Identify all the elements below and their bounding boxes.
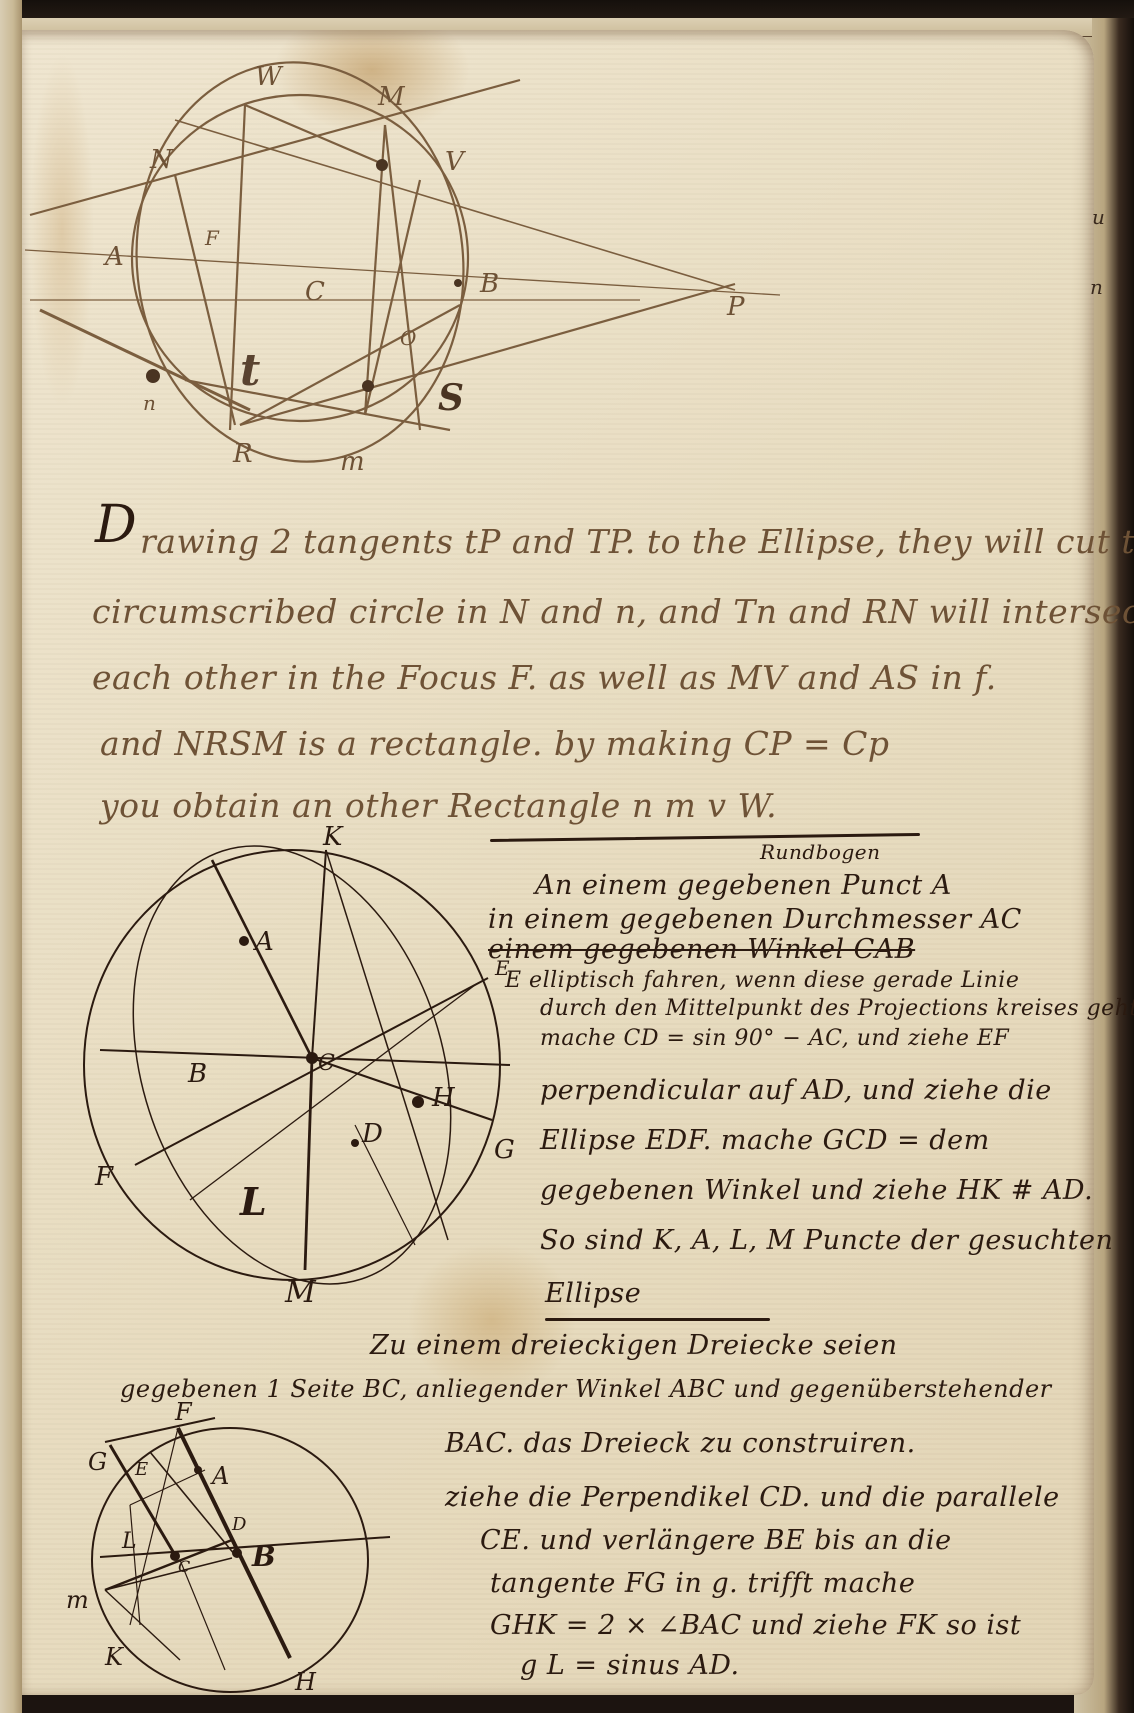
label-v: V [445,147,466,177]
label-m-upper: M [377,82,406,112]
note-1-line-7: perpendicular auf AD, und ziehe die [540,1075,1052,1106]
label-r: R [232,439,253,469]
note-1-insertion: Rundbogen [760,840,881,864]
label-d: D [361,1119,383,1149]
english-line-2: circumscribed circle in N and n, and Tn … [92,592,1134,631]
note-1-bottom-rule [545,1318,770,1321]
note-2-line-7: GHK = 2 × ∠BAC und ziehe FK so ist [490,1610,1021,1641]
label-n-lower: n [143,391,156,415]
label-t: t [240,345,260,396]
label-e: E [134,1459,148,1480]
label-o: O [400,326,416,350]
note-2-line-5: CE. und verlängere BE bis an die [480,1525,952,1556]
label-c: C [318,1051,335,1076]
margin-mark-2: n [1090,275,1103,299]
note-1-line-9: gegebenen Winkel und ziehe HK # AD. [540,1175,1093,1206]
label-b: B [251,1540,276,1573]
drop-cap: D [95,495,137,555]
bottom-diagram-labels: F G E A D L C B m K H [66,1398,317,1696]
note-1-line-2: in einem gegebenen Durchmesser AC [488,904,1022,935]
label-f: F [174,1398,193,1426]
label-h: H [431,1083,456,1113]
english-line-3: each other in the Focus F. as well as MV… [92,658,997,697]
note-1-line-3: einem gegebenen Winkel CAB [488,934,915,965]
bottom-circle-diagram: F G E A D L C B m K H [0,1400,420,1713]
label-s: S [438,377,464,419]
label-b: B [479,269,499,299]
english-line-1: rawing 2 tangents tP and TP. to the Elli… [140,522,1134,561]
label-l: L [121,1529,137,1554]
english-line-4: and NRSM is a rectangle. by making CP = … [100,724,890,763]
label-l: L [239,1179,267,1224]
label-a: A [253,927,274,957]
note-2-line-1: Zu einem dreieckigen Dreiecke seien [370,1330,898,1361]
note-2-line-8: g L = sinus AD. [520,1650,740,1681]
note-1-line-1: An einem gegebenen Punct A [535,870,952,901]
note-1-line-8: Ellipse EDF. mache GCD = dem [540,1125,990,1156]
label-k: K [322,822,344,852]
label-m: M [284,1275,317,1310]
label-f: F [94,1162,114,1192]
note-1-line-10: So sind K, A, L, M Puncte der gesuchten [540,1225,1113,1256]
note-2-line-4: ziehe die Perpendikel CD. und die parall… [445,1482,1060,1513]
label-d: D [231,1514,247,1535]
label-m: m [66,1586,89,1614]
label-b: B [187,1059,207,1089]
note-2-line-2: gegebenen 1 Seite BC, anliegender Winkel… [120,1375,1052,1403]
margin-mark-1: u [1092,205,1105,229]
label-c: C [178,1557,190,1576]
middle-circle-diagram: K A E B C H D G F L M [0,820,540,1320]
middle-diagram-labels: K A E B C H D G F L M [94,822,515,1310]
top-ellipse-diagram: W M N V A F C B P O t S n R m [0,0,1134,480]
label-w: W [255,62,284,92]
label-g: G [494,1135,515,1165]
note-1-line-11: Ellipse [545,1278,641,1309]
label-m-lower: m [340,447,365,477]
note-1-line-4: E elliptisch fahren, wenn diese gerade L… [505,968,1019,993]
label-f: F [204,226,220,250]
note-2-line-6: tangente FG in g. trifft mache [490,1568,915,1599]
label-n-upper: N [149,145,174,175]
label-h: H [294,1668,317,1696]
note-1-line-5: durch den Mittelpunkt des Projections kr… [540,996,1134,1021]
label-c: C [305,277,325,307]
label-g: G [88,1448,107,1476]
label-a: A [103,242,124,272]
label-p: P [726,292,745,322]
label-a: A [210,1462,229,1490]
note-2-line-3: BAC. das Dreieck zu construiren. [445,1428,916,1459]
label-k: K [104,1643,125,1671]
note-1-line-6: mache CD = sin 90° − AC, und ziehe EF [540,1026,1009,1051]
